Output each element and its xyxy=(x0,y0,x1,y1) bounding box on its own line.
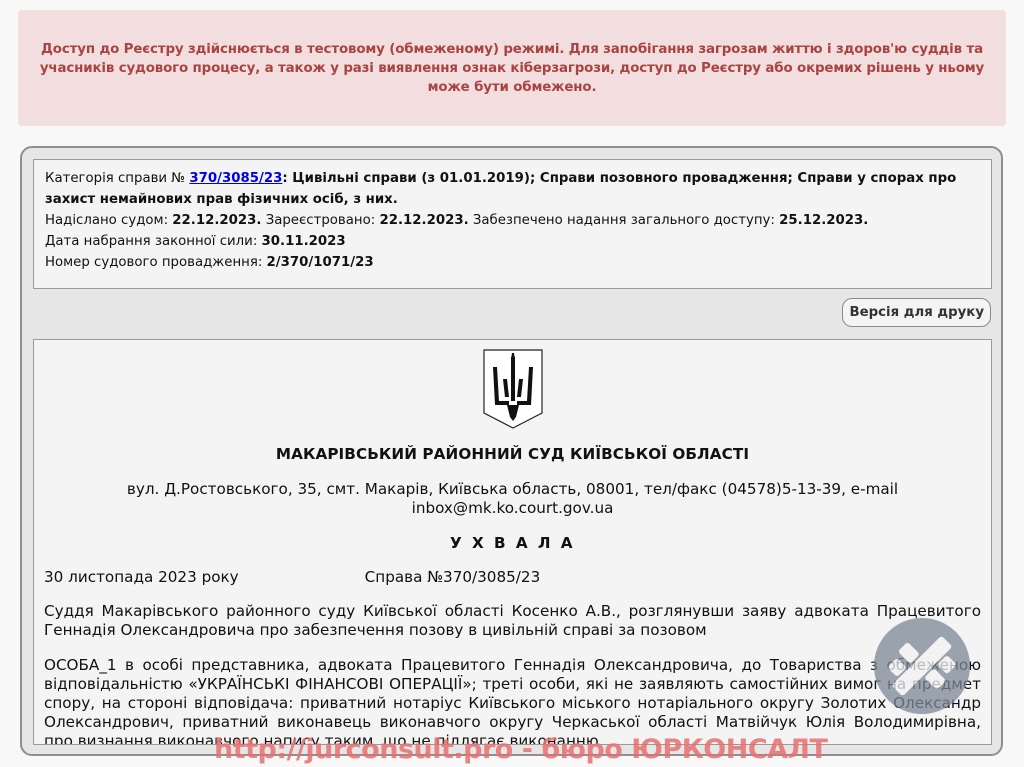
decision-document: МАКАРІВСЬКИЙ РАЙОННИЙ СУД КИЇВСЬКОЇ ОБЛА… xyxy=(33,339,992,745)
access-date: 25.12.2023. xyxy=(779,213,868,228)
proceeding-number-row: Номер судового провадження: 2/370/1071/2… xyxy=(45,252,980,273)
proceeding-number: 2/370/1071/23 xyxy=(267,255,374,270)
document-type: У Х В А Л А xyxy=(44,534,981,552)
court-name: МАКАРІВСЬКИЙ РАЙОННИЙ СУД КИЇВСЬКОЇ ОБЛА… xyxy=(44,445,981,463)
case-dates: Надіслано судом: 22.12.2023. Зареєстрова… xyxy=(45,210,980,231)
decision-date: 30 листопада 2023 року xyxy=(44,568,239,586)
decision-container: Категорія справи № 370/3085/23: Цивільні… xyxy=(20,146,1003,756)
print-version-button[interactable]: Версія для друку xyxy=(842,298,991,327)
watermark-text: http://jurconsult.pro - бюро ЮРКОНСАЛТ xyxy=(214,734,827,765)
alert-text: Доступ до Реєстру здійснюється в тестово… xyxy=(34,40,990,97)
case-info-panel: Категорія справи № 370/3085/23: Цивільні… xyxy=(33,159,992,289)
case-category: Категорія справи № 370/3085/23: Цивільні… xyxy=(45,168,980,210)
force-date: 30.11.2023 xyxy=(262,234,346,249)
force-date-row: Дата набрання законної сили: 30.11.2023 xyxy=(45,231,980,252)
decision-case-number: Справа №370/3085/23 xyxy=(365,568,541,586)
ukraine-trident-emblem-icon xyxy=(483,349,543,429)
paragraph-2: ОСОБА_1 в особі представника, адвоката П… xyxy=(44,656,981,745)
case-number-link[interactable]: 370/3085/23 xyxy=(189,171,282,186)
registry-access-alert: Доступ до Реєстру здійснюється в тестово… xyxy=(18,10,1006,126)
sent-date: 22.12.2023. xyxy=(172,213,261,228)
puzzle-logo-icon xyxy=(873,617,971,715)
date-line: 30 листопада 2023 рокуСправа №370/3085/2… xyxy=(44,568,981,586)
court-address: вул. Д.Ростовського, 35, смт. Макарів, К… xyxy=(44,480,981,518)
paragraph-1: Суддя Макарівського районного суду Київс… xyxy=(44,602,981,640)
registered-date: 22.12.2023. xyxy=(379,213,468,228)
